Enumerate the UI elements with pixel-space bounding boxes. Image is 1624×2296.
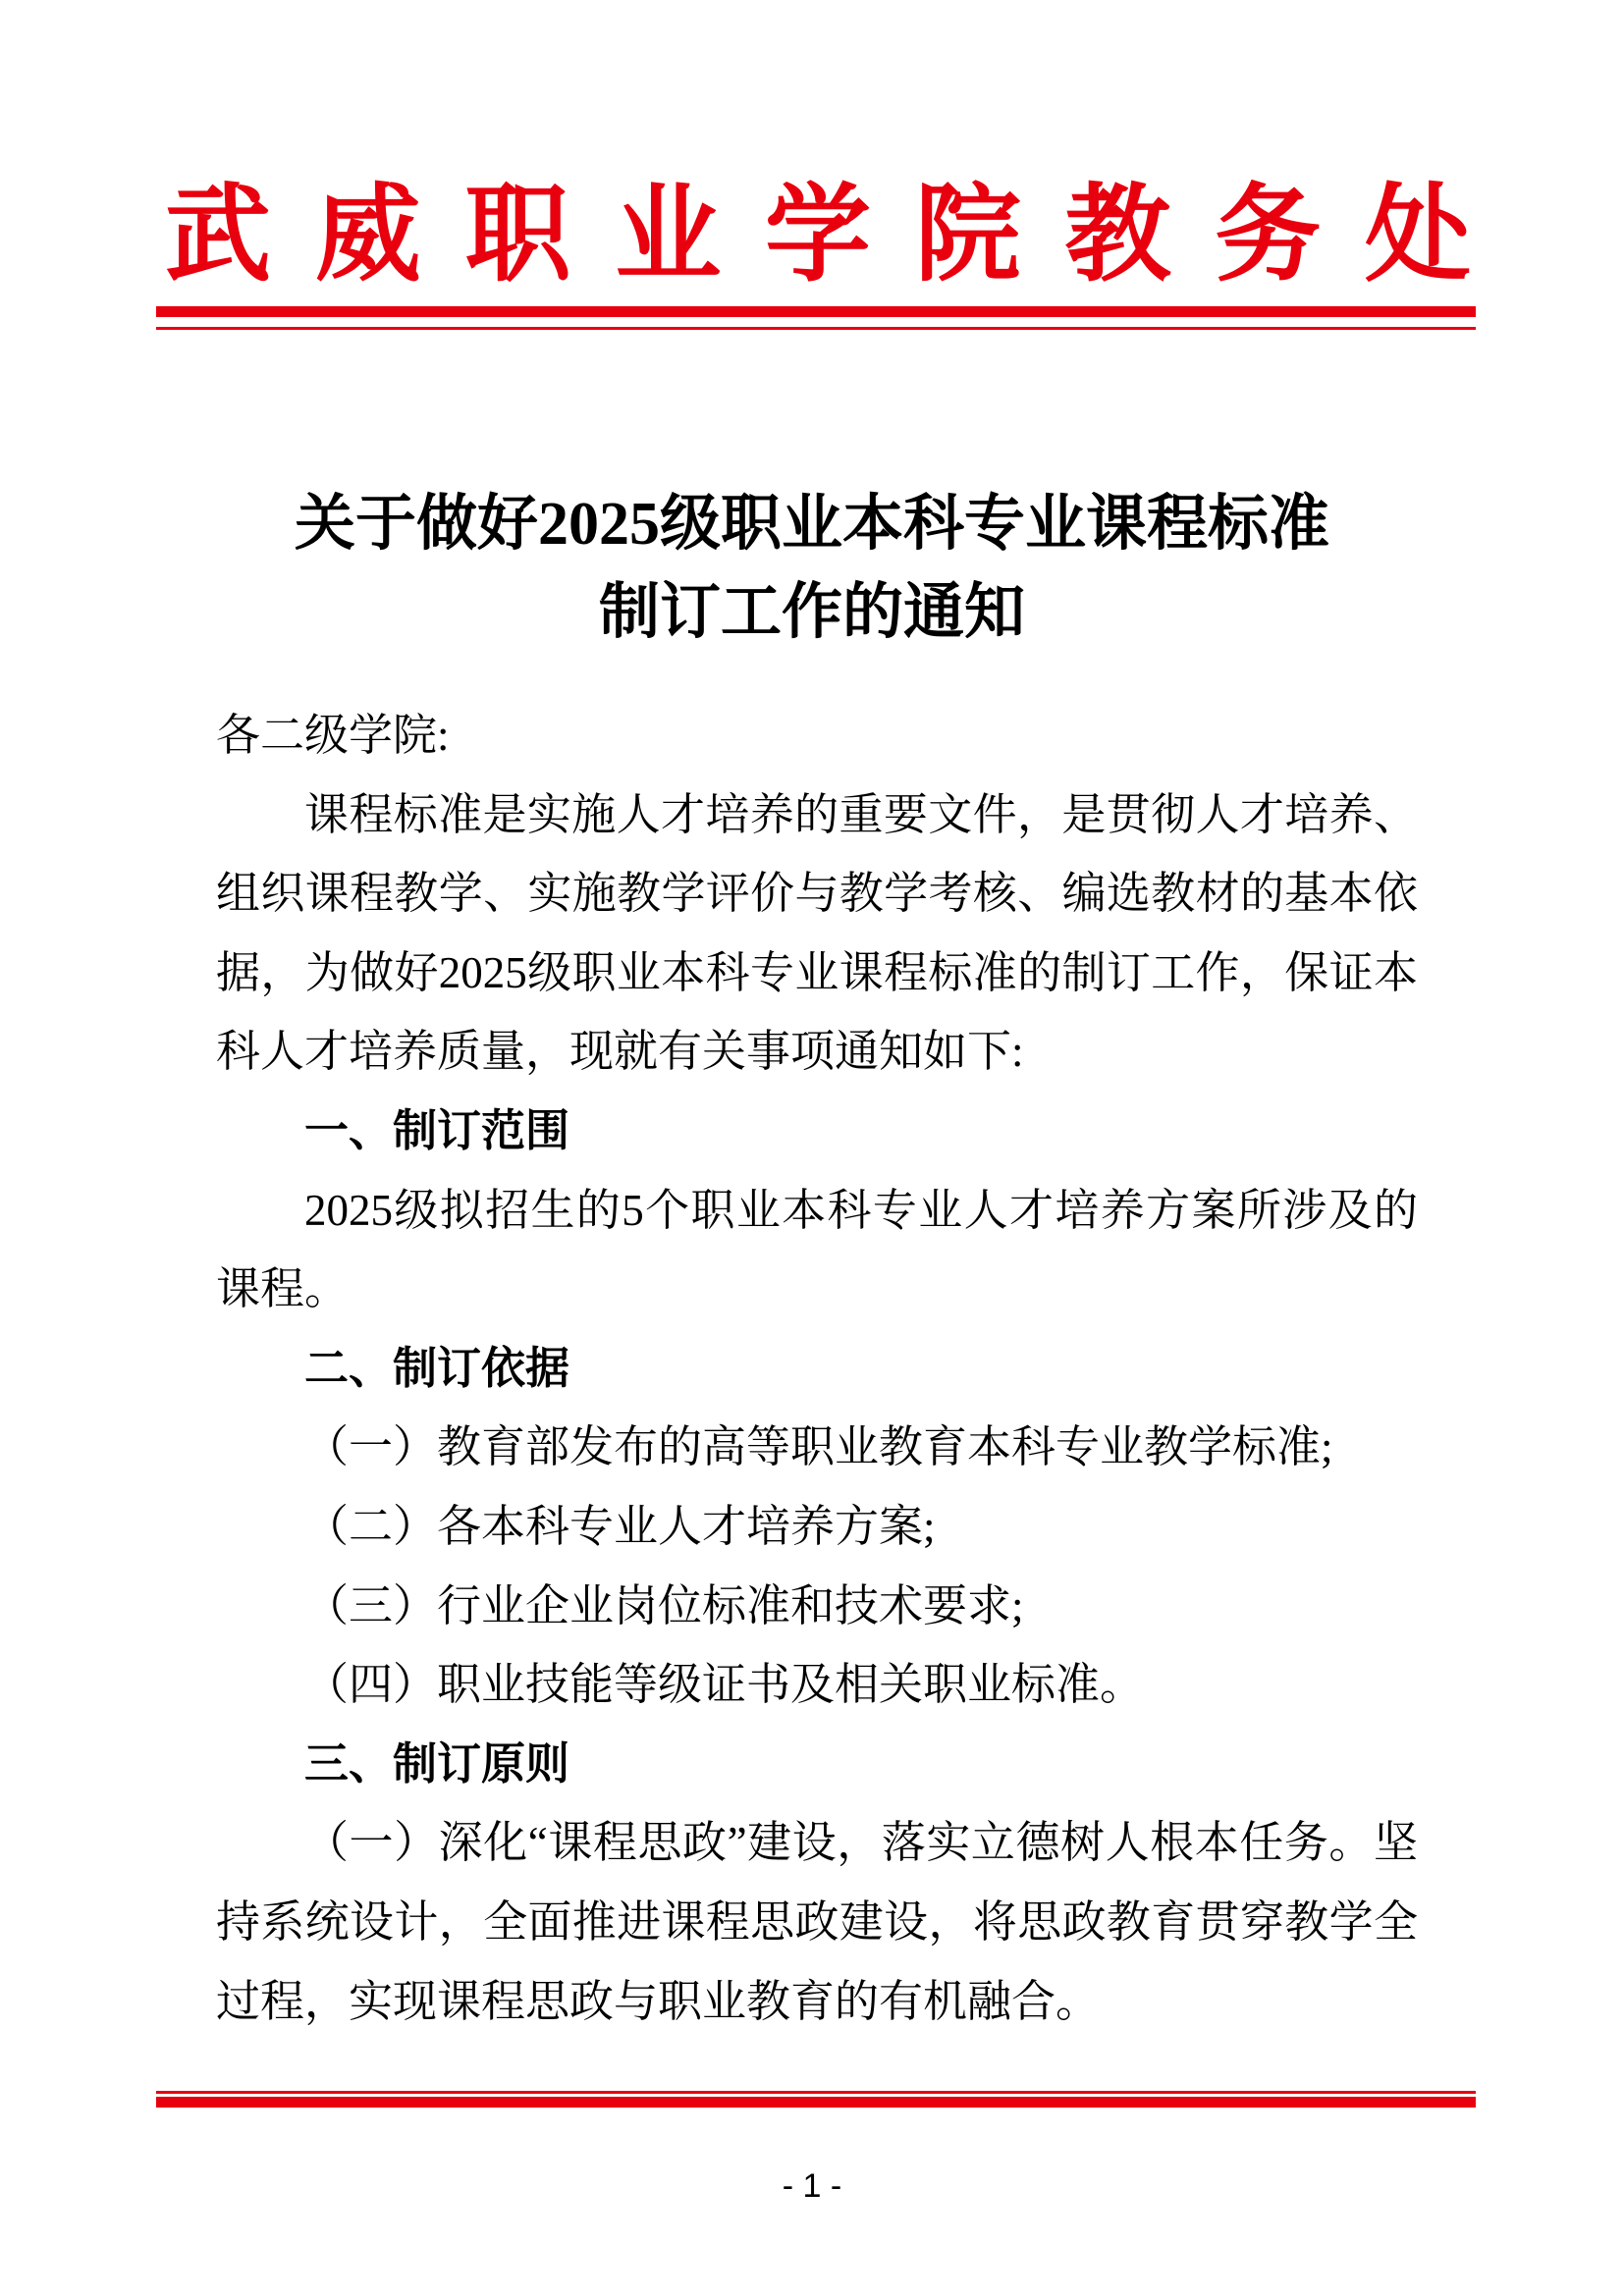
document-title-line1: 关于做好2025级职业本科专业课程标准: [0, 480, 1624, 568]
section-2-heading: 二、制订依据: [216, 1329, 1418, 1409]
section-2-item-2: （二）各本科专业人才培养方案;: [216, 1487, 1418, 1567]
document-title: 关于做好2025级职业本科专业课程标准 制订工作的通知: [0, 480, 1624, 657]
section-1-paragraph: 2025级拟招生的5个职业本科专业人才培养方案所涉及的课程。: [216, 1171, 1418, 1329]
salutation: 各二级学院:: [216, 696, 1418, 775]
footer-rule-thin: [156, 2091, 1476, 2094]
document-title-line2: 制订工作的通知: [0, 568, 1624, 657]
document-body: 各二级学院: 课程标准是实施人才培养的重要文件，是贯彻人才培养、组织课程教学、实…: [216, 696, 1418, 2041]
letterhead-title: 武威职业学院教务处: [165, 180, 1471, 297]
page-number: - 1 -: [0, 2167, 1624, 2205]
section-2-item-4: （四）职业技能等级证书及相关职业标准。: [216, 1645, 1418, 1725]
section-3-paragraph: （一）深化“课程思政”建设，落实立德树人根本任务。坚持系统设计，全面推进课程思政…: [216, 1803, 1418, 2041]
footer-rule-thick: [156, 2097, 1476, 2108]
section-3-heading: 三、制订原则: [216, 1725, 1418, 1804]
section-2-item-1: （一）教育部发布的高等职业教育本科专业教学标准;: [216, 1408, 1418, 1487]
header-rule-thin: [156, 327, 1476, 330]
section-2-item-3: （三）行业企业岗位标准和技术要求;: [216, 1567, 1418, 1646]
document-page: { "header": { "masthead": "武威职业学院教务处" },…: [0, 0, 1624, 2296]
intro-paragraph: 课程标准是实施人才培养的重要文件，是贯彻人才培养、组织课程教学、实施教学评价与教…: [216, 775, 1418, 1092]
section-1-heading: 一、制订范围: [216, 1092, 1418, 1171]
header-rule-thick: [156, 306, 1476, 317]
